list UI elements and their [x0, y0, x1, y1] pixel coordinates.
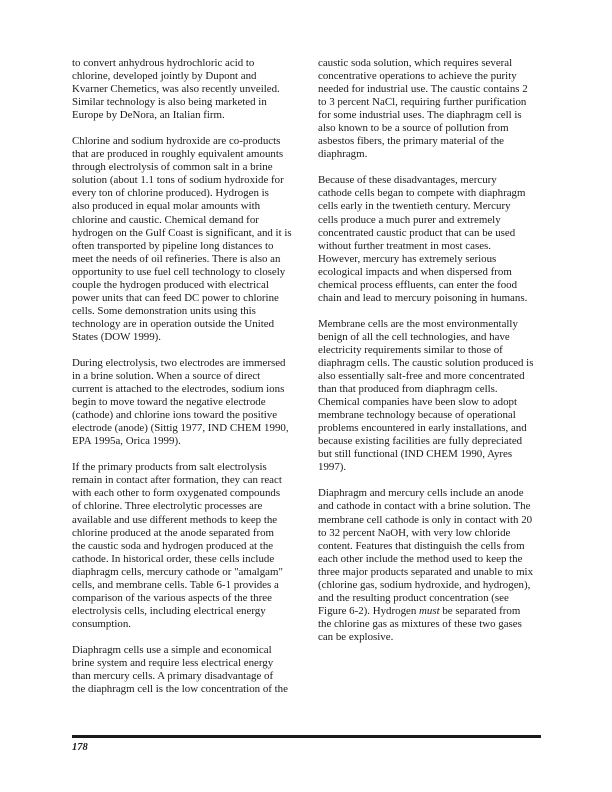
text-segment: be separated from	[440, 605, 521, 617]
text-line: diaphragm cells, mercury cathode or "ama…	[72, 566, 298, 579]
text-line: cells produce a much purer and extremely	[318, 214, 544, 227]
text-line: However, mercury has extremely serious	[318, 253, 544, 266]
text-line: every ton of chlorine produced). Hydroge…	[72, 187, 298, 200]
text-line: membrane cell cathode is only in contact…	[318, 514, 544, 527]
text-line: remain in contact after formation, they …	[72, 474, 298, 487]
text-line: Europe by DeNora, an Italian firm.	[72, 109, 298, 122]
text-line: diaphragm.	[318, 148, 544, 161]
text-line: During electrolysis, two electrodes are …	[72, 357, 298, 370]
footer-divider	[72, 735, 541, 738]
paragraph-electrolysis-process: During electrolysis, two electrodes are …	[72, 357, 298, 448]
text-line: opportunity to use fuel cell technology …	[72, 266, 298, 279]
text-line: content. Features that distinguish the c…	[318, 540, 544, 553]
text-line: Because of these disadvantages, mercury	[318, 174, 544, 187]
paragraph-co-products: Chlorine and sodium hydroxide are co-pro…	[72, 135, 298, 344]
text-line: the caustic soda and hydrogen produced a…	[72, 540, 298, 553]
text-line: cathode. In historical order, these cell…	[72, 553, 298, 566]
text-line: with each other to form oxygenated compo…	[72, 487, 298, 500]
text-line: also known to be a source of pollution f…	[318, 122, 544, 135]
text-line: Diaphragm cells use a simple and economi…	[72, 644, 298, 657]
text-line: Membrane cells are the most environmenta…	[318, 318, 544, 331]
text-line: caustic soda solution, which requires se…	[318, 57, 544, 70]
text-line: brine system and require less electrical…	[72, 657, 298, 670]
text-line: available and use different methods to k…	[72, 514, 298, 527]
text-line: (chlorine gas, sodium hydroxide, and hyd…	[318, 579, 544, 592]
text-segment: Figure 6-2). Hydrogen	[318, 605, 419, 617]
paragraph-caustic-soda-solution: caustic soda solution, which requires se…	[318, 57, 544, 161]
text-line: chlorine produced at the anode separated…	[72, 527, 298, 540]
text-line: and cathode in contact with a brine solu…	[318, 500, 544, 513]
text-line: to 3 percent NaCl, requiring further pur…	[318, 96, 544, 109]
text-line: three major products separated and unabl…	[318, 566, 544, 579]
text-line: also produced in equal molar amounts wit…	[72, 200, 298, 213]
paragraph-diaphragm-cells: Diaphragm cells use a simple and economi…	[72, 644, 298, 696]
text-line: than that produced from diaphragm cells.	[318, 383, 544, 396]
text-line: begin to move toward the negative electr…	[72, 396, 298, 409]
text-line: membrane technology because of operation…	[318, 409, 544, 422]
text-line: electrode (anode) (Sittig 1977, IND CHEM…	[72, 422, 298, 435]
text-line: electrolysis cells, including electrical…	[72, 605, 298, 618]
text-line: of chlorine. Three electrolytic processe…	[72, 500, 298, 513]
text-line: meet the needs of oil refineries. There …	[72, 253, 298, 266]
text-line: each other include the method used to ke…	[318, 553, 544, 566]
paragraph-mercury-cells: Because of these disadvantages, mercury …	[318, 174, 544, 304]
text-line: can be explosive.	[318, 631, 544, 644]
text-line: because existing facilities are fully de…	[318, 435, 544, 448]
text-line: asbestos fibers, the primary material of…	[318, 135, 544, 148]
text-line: current is attached to the electrodes, s…	[72, 383, 298, 396]
emphasis-must: must	[419, 605, 440, 617]
text-line: the chlorine gas as mixtures of these tw…	[318, 618, 544, 631]
text-line: electricity requirements similar to thos…	[318, 344, 544, 357]
text-line: benign of all the cell technologies, and…	[318, 331, 544, 344]
text-line: to convert anhydrous hydrochloric acid t…	[72, 57, 298, 70]
text-line: Similar technology is also being markete…	[72, 96, 298, 109]
text-line: the diaphragm cell is the low concentrat…	[72, 683, 298, 696]
text-line: cathode cells began to compete with diap…	[318, 187, 544, 200]
text-line: ecological impacts and when dispersed fr…	[318, 266, 544, 279]
text-line: chain and lead to mercury poisoning in h…	[318, 292, 544, 305]
page-number: 178	[72, 742, 88, 753]
text-line: If the primary products from salt electr…	[72, 461, 298, 474]
paragraph-electrolytic-processes: If the primary products from salt electr…	[72, 461, 298, 631]
paragraph-hydrochloric-acid-conversion: to convert anhydrous hydrochloric acid t…	[72, 57, 298, 122]
text-line: Kvarner Chemetics, was also recently unv…	[72, 83, 298, 96]
text-line: chemical process effluents, can enter th…	[318, 279, 544, 292]
text-line: also essentially salt-free and more conc…	[318, 370, 544, 383]
text-line: (cathode) and chlorine ions toward the p…	[72, 409, 298, 422]
text-line: cells. Some demonstration units using th…	[72, 305, 298, 318]
text-line: cells early in the twentieth century. Me…	[318, 200, 544, 213]
text-line: without further treatment in most cases.	[318, 240, 544, 253]
text-line: needed for industrial use. The caustic c…	[318, 83, 544, 96]
text-line: couple the hydrogen produced with electr…	[72, 279, 298, 292]
text-line: chlorine, developed jointly by Dupont an…	[72, 70, 298, 83]
text-line: chlorine and caustic. Chemical demand fo…	[72, 214, 298, 227]
text-line: comparison of the various aspects of the…	[72, 592, 298, 605]
text-line: solution (about 1.1 tons of sodium hydro…	[72, 174, 298, 187]
left-column: to convert anhydrous hydrochloric acid t…	[72, 57, 298, 709]
text-line: for some industrial uses. The diaphragm …	[318, 109, 544, 122]
text-line: concentrated caustic product that can be…	[318, 227, 544, 240]
text-line: through electrolysis of common salt in a…	[72, 161, 298, 174]
text-line: often transported by pipeline long dista…	[72, 240, 298, 253]
text-line: that are produced in roughly equivalent …	[72, 148, 298, 161]
text-line: consumption.	[72, 618, 298, 631]
text-line: EPA 1995a, Orica 1999).	[72, 435, 298, 448]
right-column: caustic soda solution, which requires se…	[318, 57, 544, 657]
text-line: concentrative operations to achieve the …	[318, 70, 544, 83]
text-line: Chemical companies have been slow to ado…	[318, 396, 544, 409]
text-line: but still functional (IND CHEM 1990, Ayr…	[318, 448, 544, 461]
text-line: than mercury cells. A primary disadvanta…	[72, 670, 298, 683]
text-line: Chlorine and sodium hydroxide are co-pro…	[72, 135, 298, 148]
text-line: diaphragm cells. The caustic solution pr…	[318, 357, 544, 370]
text-line: Diaphragm and mercury cells include an a…	[318, 487, 544, 500]
text-line: cells, and membrane cells. Table 6-1 pro…	[72, 579, 298, 592]
text-line: technology are in operation outside the …	[72, 318, 298, 331]
text-line: in a brine solution. When a source of di…	[72, 370, 298, 383]
text-line: hydrogen on the Gulf Coast is significan…	[72, 227, 298, 240]
text-line: States (DOW 1999).	[72, 331, 298, 344]
paragraph-membrane-cells: Membrane cells are the most environmenta…	[318, 318, 544, 475]
text-line: power units that can feed DC power to ch…	[72, 292, 298, 305]
text-line: 1997).	[318, 461, 544, 474]
text-line-with-emphasis: Figure 6-2). Hydrogen must be separated …	[318, 605, 544, 618]
text-line: problems encountered in early installati…	[318, 422, 544, 435]
paragraph-cell-features: Diaphragm and mercury cells include an a…	[318, 487, 544, 644]
text-line: and the resulting product concentration …	[318, 592, 544, 605]
text-line: to 32 percent NaOH, with very low chlori…	[318, 527, 544, 540]
